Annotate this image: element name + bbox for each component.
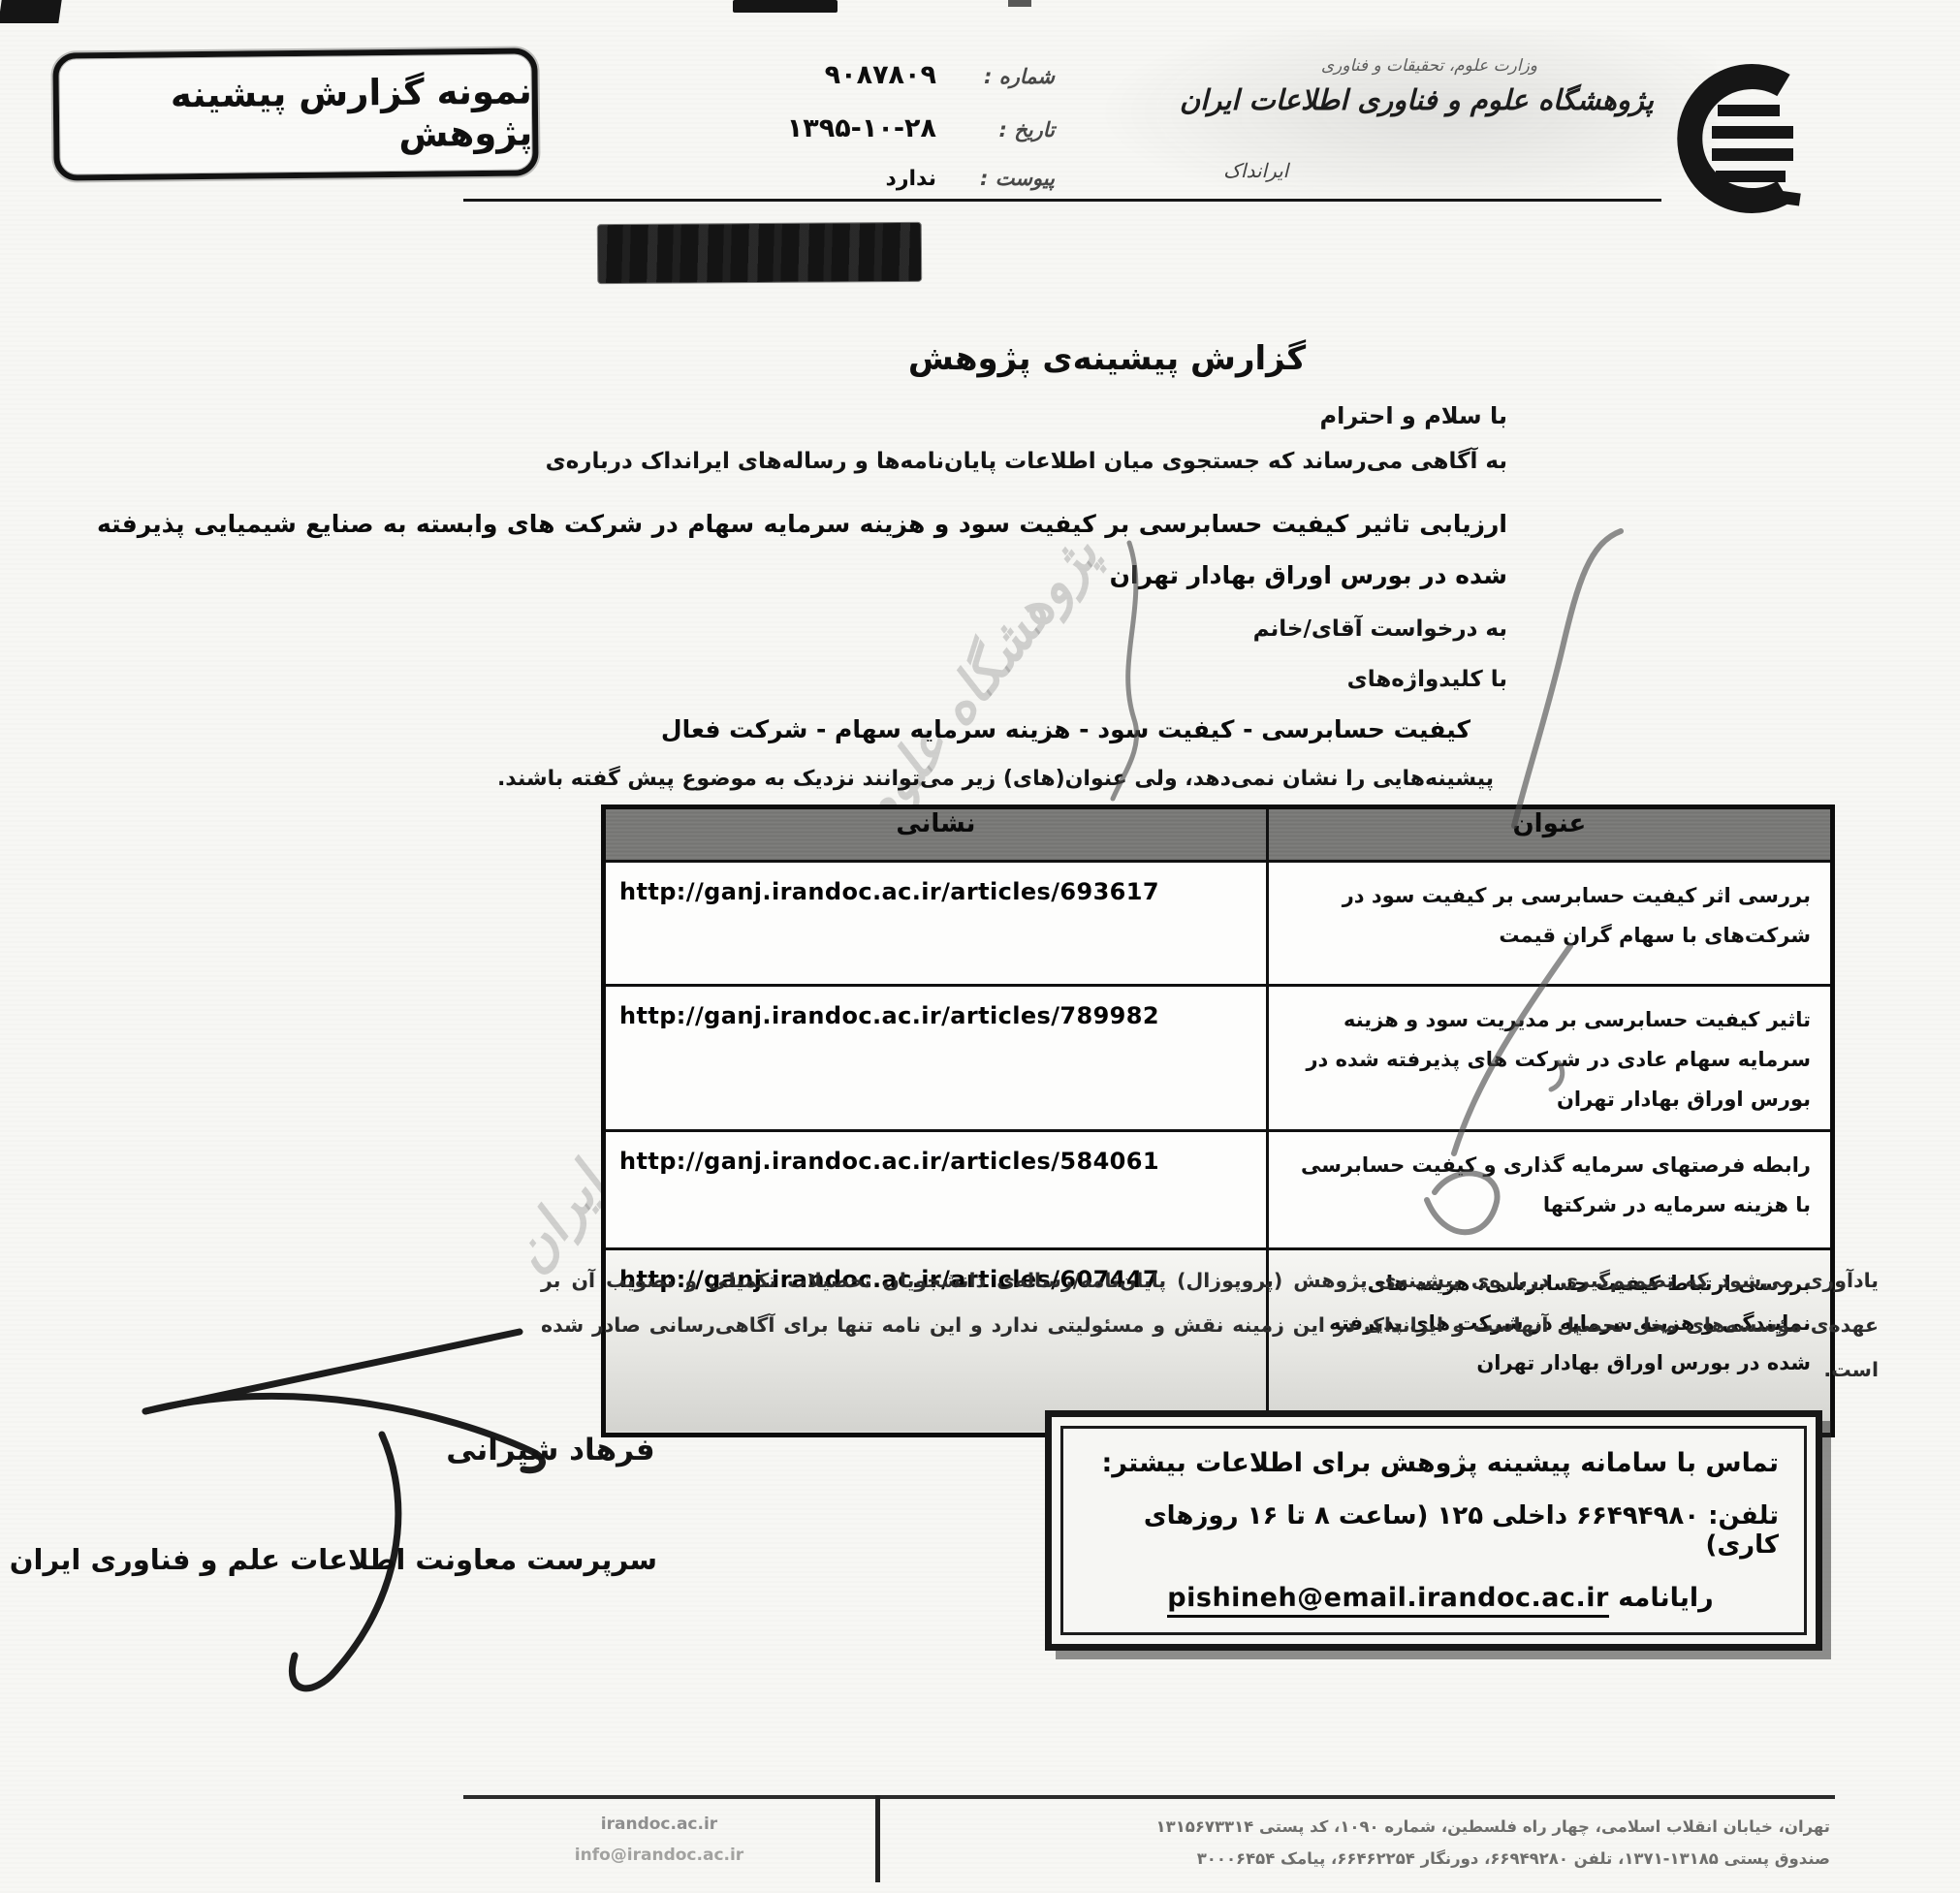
signature-scribble-icon (85, 1310, 609, 1718)
column-header-title: عنوان (1267, 807, 1832, 862)
ministry-line: وزارت علوم، تحقیقات و فناوری (1165, 56, 1537, 76)
sample-report-stamp-label: نمونه گزارش پیشینه پژوهش (59, 70, 533, 158)
request-line: به درخواست آقای/خانم (97, 616, 1507, 642)
letter-body: با سلام و احترام به آگاهی می‌رساند که جس… (97, 402, 1507, 791)
email-label: رایانامه (1618, 1583, 1713, 1613)
footer-website: irandoc.ac.ir (523, 1814, 795, 1834)
table-header-row: عنوان نشانی (604, 807, 1833, 862)
table-row: رابطه فرصتهای سرمایه گذاری و کیفیت حسابر… (604, 1130, 1833, 1248)
footer-divider (875, 1795, 880, 1882)
article-url: http://ganj.irandoc.ac.ir/articles/78998… (604, 986, 1268, 1131)
signer-name: فرهاد شیرانی (415, 1433, 686, 1467)
sample-report-stamp: نمونه گزارش پیشینه پژوهش (52, 47, 538, 180)
number-value: ۹۰۸۷۸۰۹ (825, 60, 936, 90)
attachment-label: پیوست : (962, 167, 1055, 190)
meta-date-row: تاریخ : ۱۳۹۵-۱۰-۲۸ (599, 113, 1055, 143)
irandoc-logo-icon (1663, 45, 1828, 248)
article-title: تاثیر کیفیت حسابرسی بر مدیریت سود و هزین… (1267, 986, 1832, 1131)
footer-web-block: irandoc.ac.ir info@irandoc.ac.ir (523, 1814, 795, 1865)
thesis-title: ارزیابی تاثیر کیفیت حسابرسی بر کیفیت سود… (97, 499, 1507, 601)
contact-heading: تماس با سامانه پیشینه پژوهش برای اطلاعات… (1089, 1448, 1779, 1478)
result-line: پیشینه‌هایی را نشان نمی‌دهد، ولی عنوان(ه… (97, 767, 1507, 791)
article-title: رابطه فرصتهای سرمایه گذاری و کیفیت حسابر… (1267, 1130, 1832, 1248)
date-value: ۱۳۹۵-۱۰-۲۸ (787, 113, 936, 143)
column-header-url: نشانی (604, 807, 1268, 862)
article-url: http://ganj.irandoc.ac.ir/articles/69361… (604, 862, 1268, 986)
keywords-label: با کلیدواژه‌های (97, 667, 1507, 692)
footer-address-line1: تهران، خیابان انقلاب اسلامی، چهار راه فل… (911, 1811, 1830, 1843)
document-title: گزارش پیشینه‌ی پژوهش (700, 339, 1514, 378)
scan-artifact (733, 0, 838, 13)
scan-artifact (1008, 0, 1031, 7)
contact-email-address: pishineh@email.irandoc.ac.ir (1167, 1583, 1609, 1618)
signer-title: سرپرست معاونت اطلاعات علم و فناوری ایران (17, 1543, 657, 1576)
salutation: با سلام و احترام (97, 402, 1507, 429)
article-url: http://ganj.irandoc.ac.ir/articles/58406… (604, 1130, 1268, 1248)
brand-word: ایرانداک (1223, 159, 1288, 182)
letterhead-rule (463, 199, 1661, 202)
scan-artifact (0, 0, 62, 23)
table-row: تاثیر کیفیت حسابرسی بر مدیریت سود و هزین… (604, 986, 1833, 1131)
footer-address-line2: صندوق پستی ۱۳۱۸۵-۱۳۷۱، تلفن ۶۶۹۴۹۲۸۰، دو… (911, 1843, 1830, 1875)
footer-email: info@irandoc.ac.ir (523, 1846, 795, 1865)
article-title: بررسی اثر کیفیت حسابرسی بر کیفیت سود در … (1267, 862, 1832, 986)
contact-email-line: رایانامه pishineh@email.irandoc.ac.ir (1089, 1583, 1779, 1618)
contact-box-inner: تماس با سامانه پیشینه پژوهش برای اطلاعات… (1060, 1426, 1807, 1635)
table-row: بررسی اثر کیفیت حسابرسی بر کیفیت سود در … (604, 862, 1833, 986)
intro-line: به آگاهی می‌رساند که جستجوی میان اطلاعات… (97, 449, 1507, 474)
redacted-bar (598, 223, 921, 283)
contact-phone: تلفن: ۶۶۴۹۴۹۸۰ داخلی ۱۲۵ (ساعت ۸ تا ۱۶ ر… (1089, 1501, 1779, 1560)
letterhead: وزارت علوم، تحقیقات و فناوری پژوهشگاه عل… (1154, 56, 1654, 116)
keywords-line: کیفیت حسابرسی - کیفیت سود - هزینه سرمایه… (97, 715, 1507, 743)
date-label: تاریخ : (962, 118, 1055, 142)
letter-meta: شماره : ۹۰۸۷۸۰۹ تاریخ : ۱۳۹۵-۱۰-۲۸ پیوست… (599, 60, 1055, 214)
footer-address-block: تهران، خیابان انقلاب اسلامی، چهار راه فل… (911, 1811, 1830, 1875)
institute-name: پژوهشگاه علوم و فناوری اطلاعات ایران (1165, 83, 1654, 116)
footer-rule (463, 1795, 1835, 1799)
meta-attachment-row: پیوست : ندارد (599, 167, 1055, 191)
meta-number-row: شماره : ۹۰۸۷۸۰۹ (599, 60, 1055, 90)
contact-box: تماس با سامانه پیشینه پژوهش برای اطلاعات… (1045, 1410, 1822, 1651)
attachment-value: ندارد (886, 167, 936, 191)
scanned-letter-page: نمونه گزارش پیشینه پژوهش شماره : ۹۰۸۷۸۰۹… (0, 0, 1960, 1893)
disclaimer-paragraph: یادآوری می‌شود که تصمیم‌گیری درباره‌ی پی… (541, 1258, 1879, 1392)
number-label: شماره : (962, 65, 1055, 88)
